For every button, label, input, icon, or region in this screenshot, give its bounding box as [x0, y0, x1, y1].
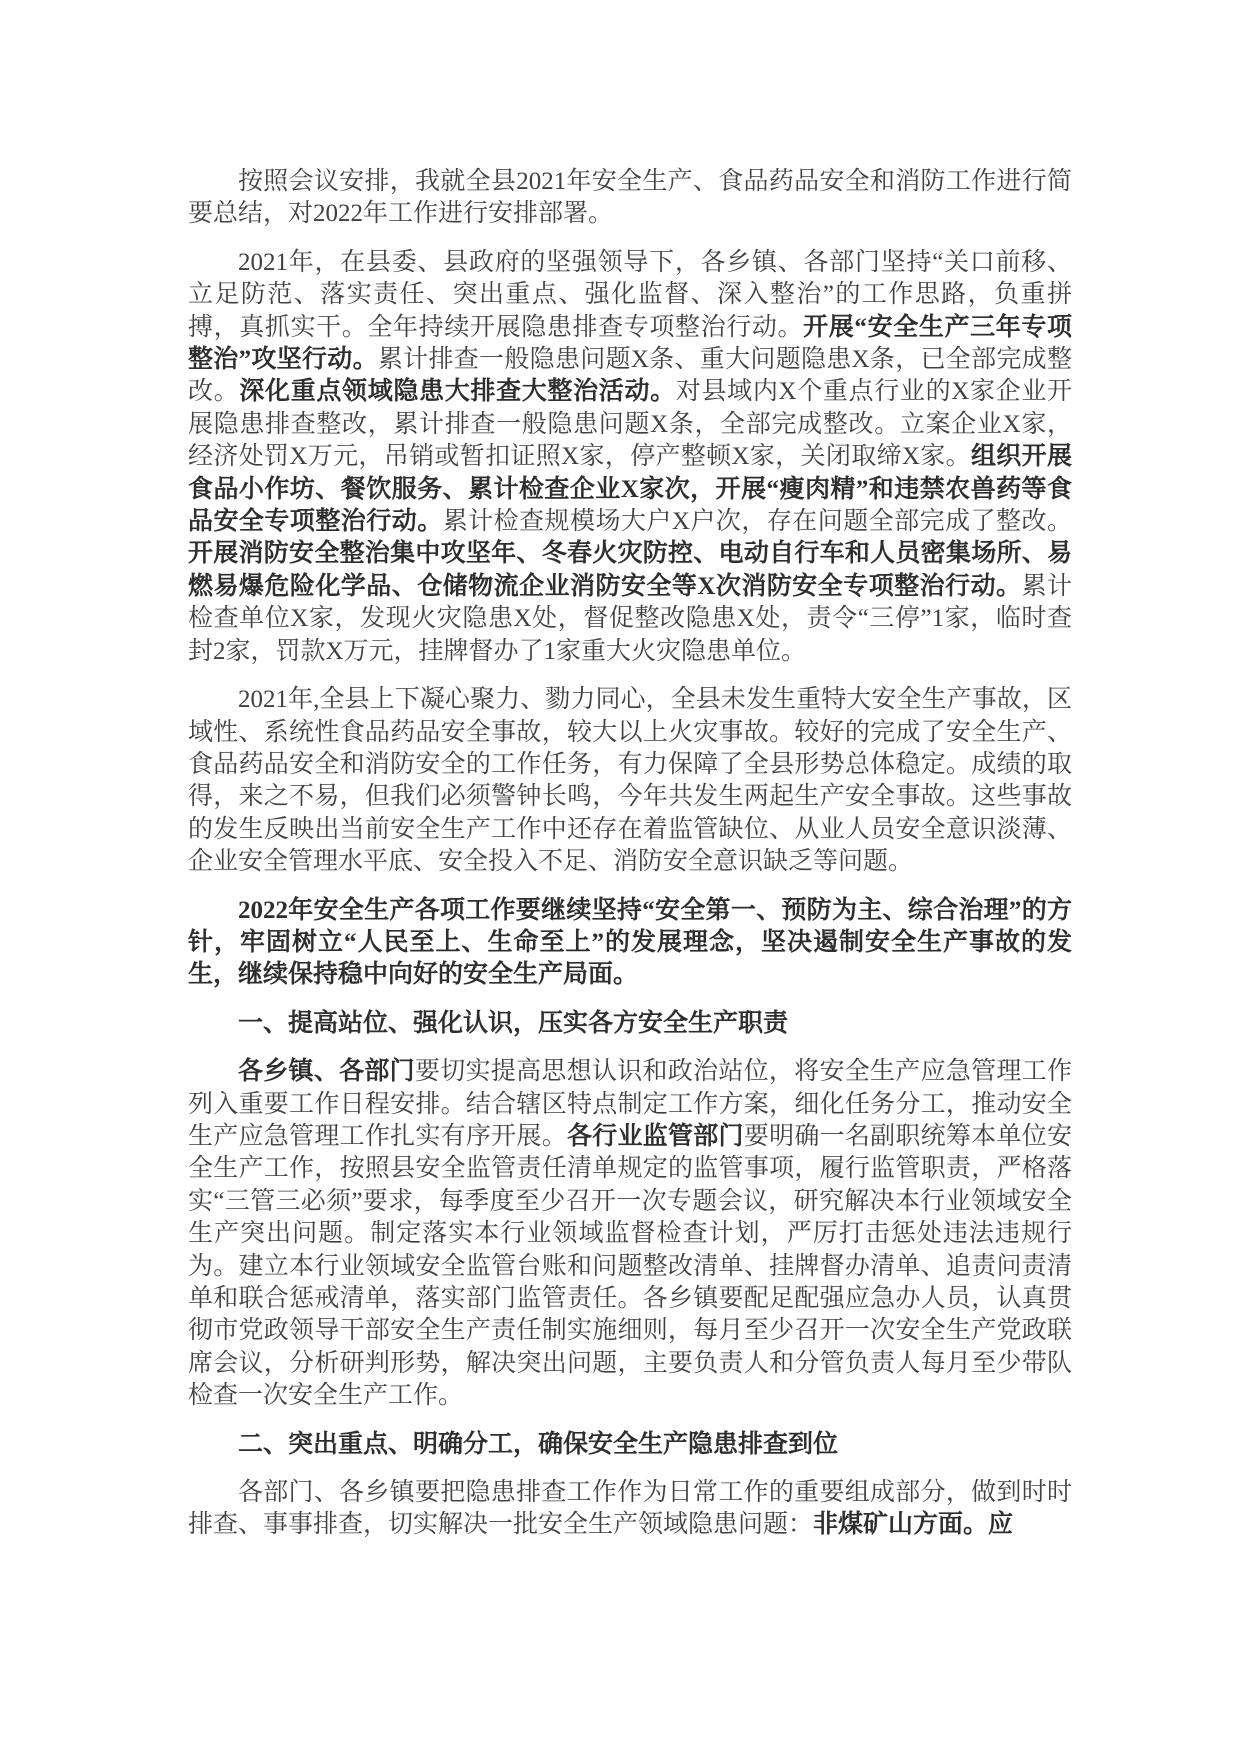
text-run-bold: 开展消防安全整治集中攻坚年、冬春火灾防控、电动自行车和人员密集场所、易燃易爆危险…	[188, 540, 1072, 599]
text-run-bold: 非煤矿山方面。应	[813, 1511, 1013, 1538]
text-run-bold: 深化重点领域隐患大排查大整治活动。	[239, 378, 675, 405]
text-run: 要明确一名副职统筹本单位安全生产工作，按照县安全监管责任清单规定的监管事项，履行…	[188, 1123, 1072, 1409]
paragraph-2021-review: 2021年，在县委、县政府的坚强领导下，各乡镇、各部门坚持“关口前移、立足防范、…	[188, 247, 1072, 668]
section-heading-1: 一、提高站位、强化认识，压实各方安全生产职责	[188, 1008, 1072, 1040]
paragraph-section-2-body: 各部门、各乡镇要把隐患排查工作作为日常工作的重要组成部分，做到时时排查、事事排查…	[188, 1477, 1072, 1542]
paragraph-achievements: 2021年,全县上下凝心聚力、勠力同心，全县未发生重特大安全生产事故，区域性、系…	[188, 684, 1072, 878]
text-run: 2021年,全县上下凝心聚力、勠力同心，全县未发生重特大安全生产事故，区域性、系…	[188, 686, 1072, 875]
document-page: 按照会议安排，我就全县2021年安全生产、食品药品安全和消防工作进行简要总结，对…	[0, 0, 1240, 1754]
text-run: 按照会议安排，我就全县2021年安全生产、食品药品安全和消防工作进行简要总结，对…	[188, 168, 1072, 227]
heading-text: 一、提高站位、强化认识，压实各方安全生产职责	[238, 1010, 788, 1037]
paragraph-intro: 按照会议安排，我就全县2021年安全生产、食品药品安全和消防工作进行简要总结，对…	[188, 166, 1072, 231]
text-run-bold: 各行业监管部门	[567, 1123, 744, 1150]
text-run-bold: 各乡镇、各部门	[238, 1058, 415, 1085]
text-run-bold: 2022年安全生产各项工作要继续坚持“安全第一、预防为主、综合治理”的方针，牢固…	[188, 897, 1072, 989]
paragraph-2022-plan: 2022年安全生产各项工作要继续坚持“安全第一、预防为主、综合治理”的方针，牢固…	[188, 895, 1072, 992]
section-heading-2: 二、突出重点、明确分工，确保安全生产隐患排查到位	[188, 1429, 1072, 1461]
text-run: 累计检查规模场大户X户次，存在问题全部完成了整改。	[443, 508, 1072, 535]
paragraph-section-1-body: 各乡镇、各部门要切实提高思想认识和政治站位，将安全生产应急管理工作列入重要工作日…	[188, 1056, 1072, 1412]
heading-text: 二、突出重点、明确分工，确保安全生产隐患排查到位	[238, 1431, 838, 1458]
